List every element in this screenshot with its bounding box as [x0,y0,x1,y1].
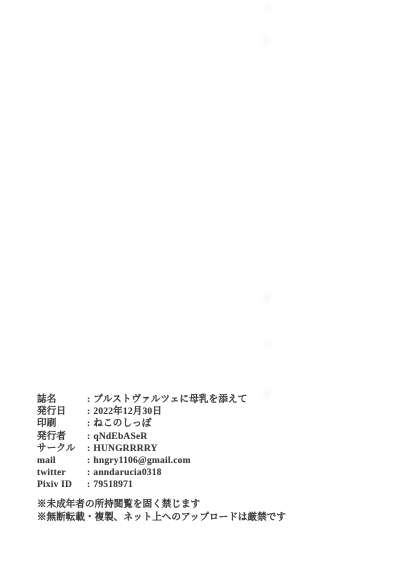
colophon-row-publisher: 発行者 : qNdEbASeR [37,431,247,443]
publish-date-value: 2022年12月30日 [93,406,162,418]
scan-smudge [260,337,274,351]
minor-prohibition-notice: ※未成年者の所持閲覧を固く禁じます [37,499,286,512]
colophon-label: 発行者 [37,431,87,443]
colophon-row-publish-date: 発行日 : 2022年12月30日 [37,406,247,418]
scan-smudge [260,0,274,16]
scan-smudge [259,32,273,50]
colophon-row-title: 誌名 : ブルストヴァルツェに母乳を添えて [37,394,247,406]
colophon-separator: : [87,406,90,418]
colophon-separator: : [87,467,90,479]
twitter-handle-value: anndarucia0318 [93,467,161,479]
printer-value: ねこのしっぽ [93,418,151,430]
book-title-value: ブルストヴァルツェに母乳を添えて [93,394,247,406]
scan-smudge [260,290,274,306]
colophon-row-twitter: twitter : anndarucia0318 [37,467,247,479]
scanned-colophon-page: 誌名 : ブルストヴァルツェに母乳を添えて 発行日 : 2022年12月30日 … [0,0,400,565]
warning-notices: ※未成年者の所持閲覧を固く禁じます ※無断転載・複製、ネット上へのアップロードは… [37,499,286,524]
pixiv-id-value: 79518971 [93,479,133,491]
colophon-label: 発行日 [37,406,87,418]
colophon-separator: : [87,394,90,406]
colophon-separator: : [87,479,90,491]
colophon-label: 誌名 [37,394,87,406]
colophon-separator: : [87,418,90,430]
scan-smudge [260,385,274,401]
colophon-block: 誌名 : ブルストヴァルツェに母乳を添えて 発行日 : 2022年12月30日 … [37,394,247,492]
circle-name-value: HUNGRRRRY [93,443,157,455]
publisher-value: qNdEbASeR [93,431,147,443]
colophon-row-pixiv: Pixiv ID : 79518971 [37,479,247,491]
no-reupload-notice: ※無断転載・複製、ネット上へのアップロードは厳禁です [37,512,286,525]
colophon-row-mail: mail : hngry1106@gmail.com [37,455,247,467]
colophon-label: Pixiv ID [37,479,87,491]
colophon-row-printer: 印刷 : ねこのしっぽ [37,418,247,430]
colophon-label: 印刷 [37,418,87,430]
colophon-separator: : [87,431,90,443]
colophon-row-circle: サークル : HUNGRRRRY [37,443,247,455]
colophon-label: サークル [37,443,87,455]
colophon-label: mail [37,455,87,467]
colophon-separator: : [87,455,90,467]
colophon-label: twitter [37,467,87,479]
mail-address-value: hngry1106@gmail.com [93,455,190,467]
colophon-separator: : [87,443,90,455]
